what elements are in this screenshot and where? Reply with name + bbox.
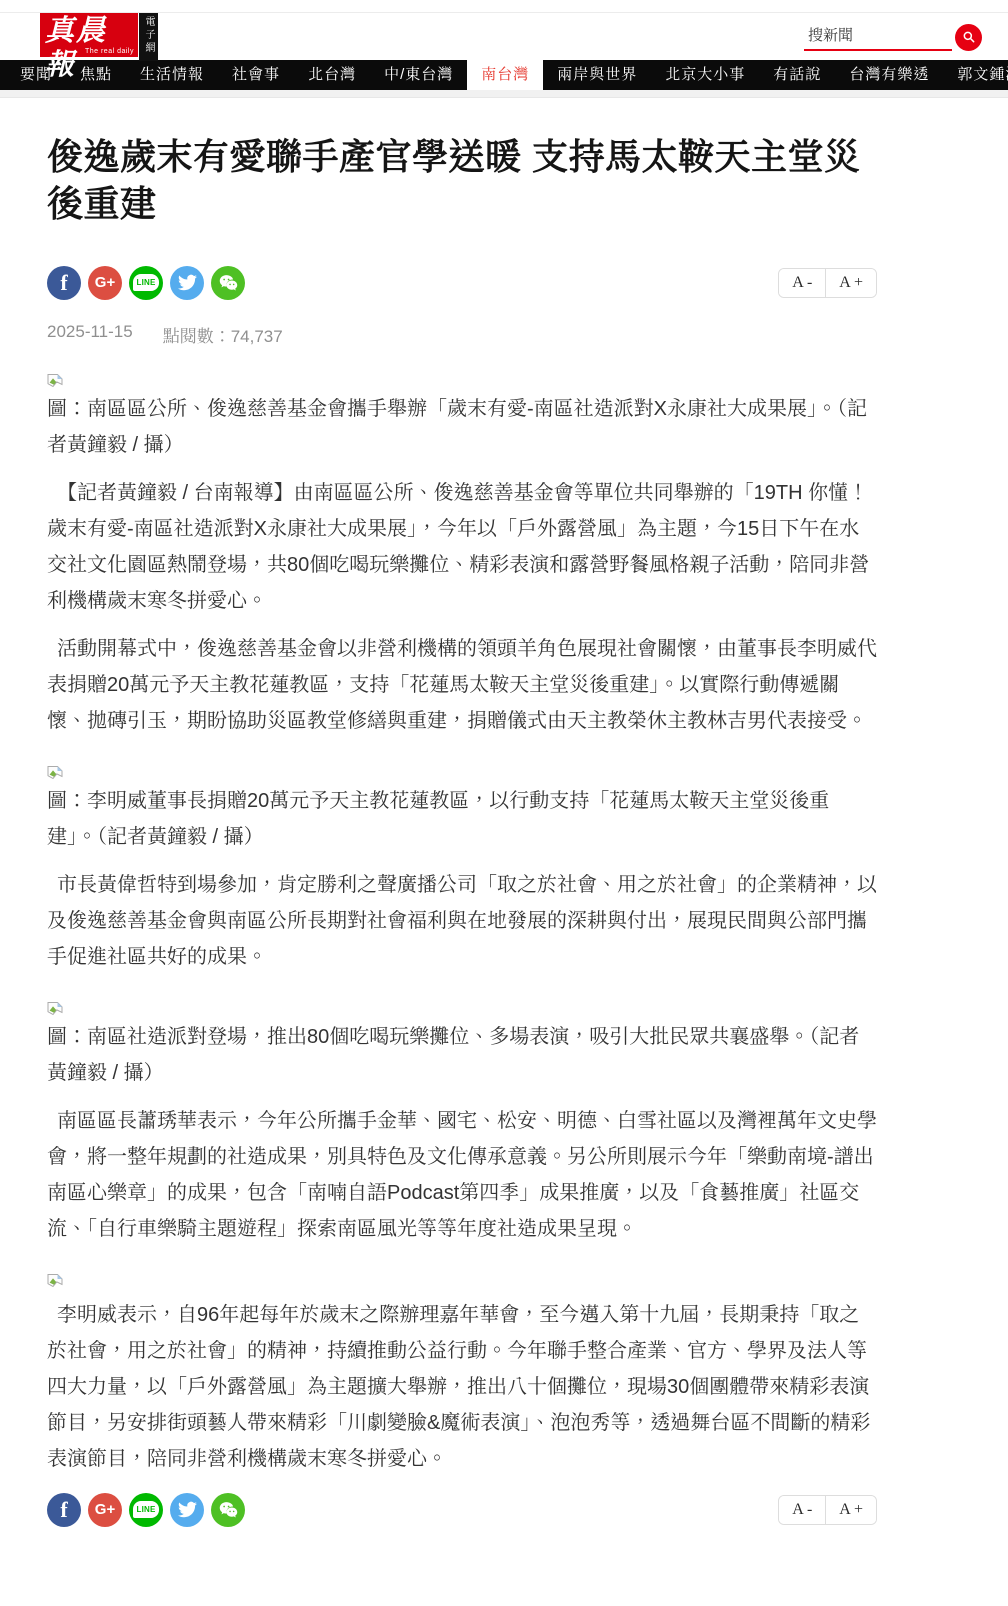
article-paragraph: 活動開幕式中，俊逸慈善基金會以非營利機構的領頭羊角色展現社會關懷，由董事長李明威…: [47, 631, 877, 739]
line-bubble-glyph: LINE: [133, 1501, 158, 1518]
view-count: 點閱數：74,737: [163, 322, 283, 347]
facebook-share-icon[interactable]: f: [47, 1493, 81, 1527]
wechat-share-icon[interactable]: [211, 266, 245, 300]
site-header: 真晨報 The real daily 電子網: [0, 13, 1008, 60]
twitter-share-icon[interactable]: [170, 1493, 204, 1527]
broken-image-icon: [47, 1267, 877, 1285]
nav-item-兩岸與世界[interactable]: 兩岸與世界: [543, 60, 651, 90]
wechat-share-icon[interactable]: [211, 1493, 245, 1527]
line-bubble-glyph: LINE: [133, 274, 158, 291]
bottom-padding: [47, 1527, 877, 1567]
share-row-bottom: f G+ LINE A - A +: [47, 1493, 877, 1527]
page-title: 俊逸歲末有愛聯手產官學送暖 支持馬太鞍天主堂災後重建: [47, 134, 877, 228]
twitter-bird-icon: [178, 1500, 197, 1519]
article-body: 圖：南區區公所、俊逸慈善基金會攜手舉辦「歲末有愛-南區社造派對X永康社大成果展」…: [47, 367, 877, 1477]
font-size-controls: A - A +: [778, 1495, 877, 1525]
logo-subtitle: The real daily: [85, 48, 134, 55]
article-meta: 2025-11-15 點閱數：74,737: [47, 322, 877, 347]
article-date: 2025-11-15: [47, 322, 133, 347]
article-paragraph: 南區區長蕭琇華表示，今年公所攜手金華、國宅、松安、明德、白雪社區以及灣裡萬年文史…: [47, 1103, 877, 1247]
article-paragraph: 【記者黃鐘毅 / 台南報導】由南區區公所、俊逸慈善基金會等單位共同舉辦的「19T…: [47, 475, 877, 619]
google-plus-glyph: G+: [95, 274, 115, 291]
font-decrease-button[interactable]: A -: [779, 269, 826, 297]
image-caption: 圖：李明威董事長捐贈20萬元予天主教花蓮教區，以行動支持「花蓮馬太鞍天主堂災後重…: [47, 783, 877, 855]
nav-item-台灣有樂透[interactable]: 台灣有樂透: [835, 60, 943, 90]
share-row-top: f G+ LINE A - A +: [47, 266, 877, 300]
nav-item-北台灣[interactable]: 北台灣: [294, 60, 370, 90]
twitter-share-icon[interactable]: [170, 266, 204, 300]
broken-image-icon: [47, 759, 877, 777]
site-logo[interactable]: 真晨報 The real daily 電子網: [40, 13, 158, 61]
twitter-bird-icon: [178, 273, 197, 292]
line-share-icon[interactable]: LINE: [129, 1493, 163, 1527]
google-plus-glyph: G+: [95, 1501, 115, 1518]
share-icons: f G+ LINE: [47, 1493, 252, 1527]
broken-image-icon: [47, 367, 877, 385]
nav-item-南台灣[interactable]: 南台灣: [467, 60, 543, 90]
facebook-f-glyph: f: [60, 1497, 67, 1523]
nav-item-郭文鍾漫談[interactable]: 郭文鍾漫談: [943, 60, 1008, 90]
wechat-bubbles-icon: [218, 1499, 239, 1520]
nav-item-中/東台灣[interactable]: 中/東台灣: [370, 60, 467, 90]
search-area: [804, 23, 982, 51]
broken-image-icon: [47, 995, 877, 1013]
article-paragraph: 市長黃偉哲特到場參加，肯定勝利之聲廣播公司「取之於社會、用之於社會」的企業精神，…: [47, 867, 877, 975]
line-share-icon[interactable]: LINE: [129, 266, 163, 300]
nav-under-strip: [0, 90, 1008, 98]
logo-red-box: 真晨報 The real daily: [40, 13, 138, 57]
font-increase-button[interactable]: A +: [826, 269, 876, 297]
article-paragraph: 李明威表示，自96年起每年於歲末之際辦理嘉年華會，至今邁入第十九屆，長期秉持「取…: [47, 1297, 877, 1477]
nav-bar: 要聞焦點生活情報社會事北台灣中/東台灣南台灣兩岸與世界北京大小事有話說台灣有樂透…: [0, 60, 1008, 90]
article: 俊逸歲末有愛聯手產官學送暖 支持馬太鞍天主堂災後重建 f G+ LINE: [0, 134, 924, 1567]
font-decrease-button[interactable]: A -: [779, 1496, 826, 1524]
font-size-controls: A - A +: [778, 268, 877, 298]
facebook-f-glyph: f: [60, 270, 67, 296]
google-plus-share-icon[interactable]: G+: [88, 266, 122, 300]
nav-item-北京大小事[interactable]: 北京大小事: [651, 60, 759, 90]
facebook-share-icon[interactable]: f: [47, 266, 81, 300]
nav-item-有話說[interactable]: 有話說: [759, 60, 835, 90]
image-caption: 圖：南區社造派對登場，推出80個吃喝玩樂攤位、多場表演，吸引大批民眾共襄盛舉。（…: [47, 1019, 877, 1091]
logo-side-label: 電子網: [139, 13, 158, 61]
font-increase-button[interactable]: A +: [826, 1496, 876, 1524]
nav-item-生活情報[interactable]: 生活情報: [126, 60, 218, 90]
top-strip: [0, 0, 1008, 13]
nav-item-社會事[interactable]: 社會事: [218, 60, 294, 90]
share-icons: f G+ LINE: [47, 266, 252, 300]
search-button[interactable]: [955, 24, 982, 51]
search-icon: [962, 30, 976, 44]
image-caption: 圖：南區區公所、俊逸慈善基金會攜手舉辦「歲末有愛-南區社造派對X永康社大成果展」…: [47, 391, 877, 463]
search-input[interactable]: [804, 23, 952, 51]
google-plus-share-icon[interactable]: G+: [88, 1493, 122, 1527]
wechat-bubbles-icon: [218, 272, 239, 293]
